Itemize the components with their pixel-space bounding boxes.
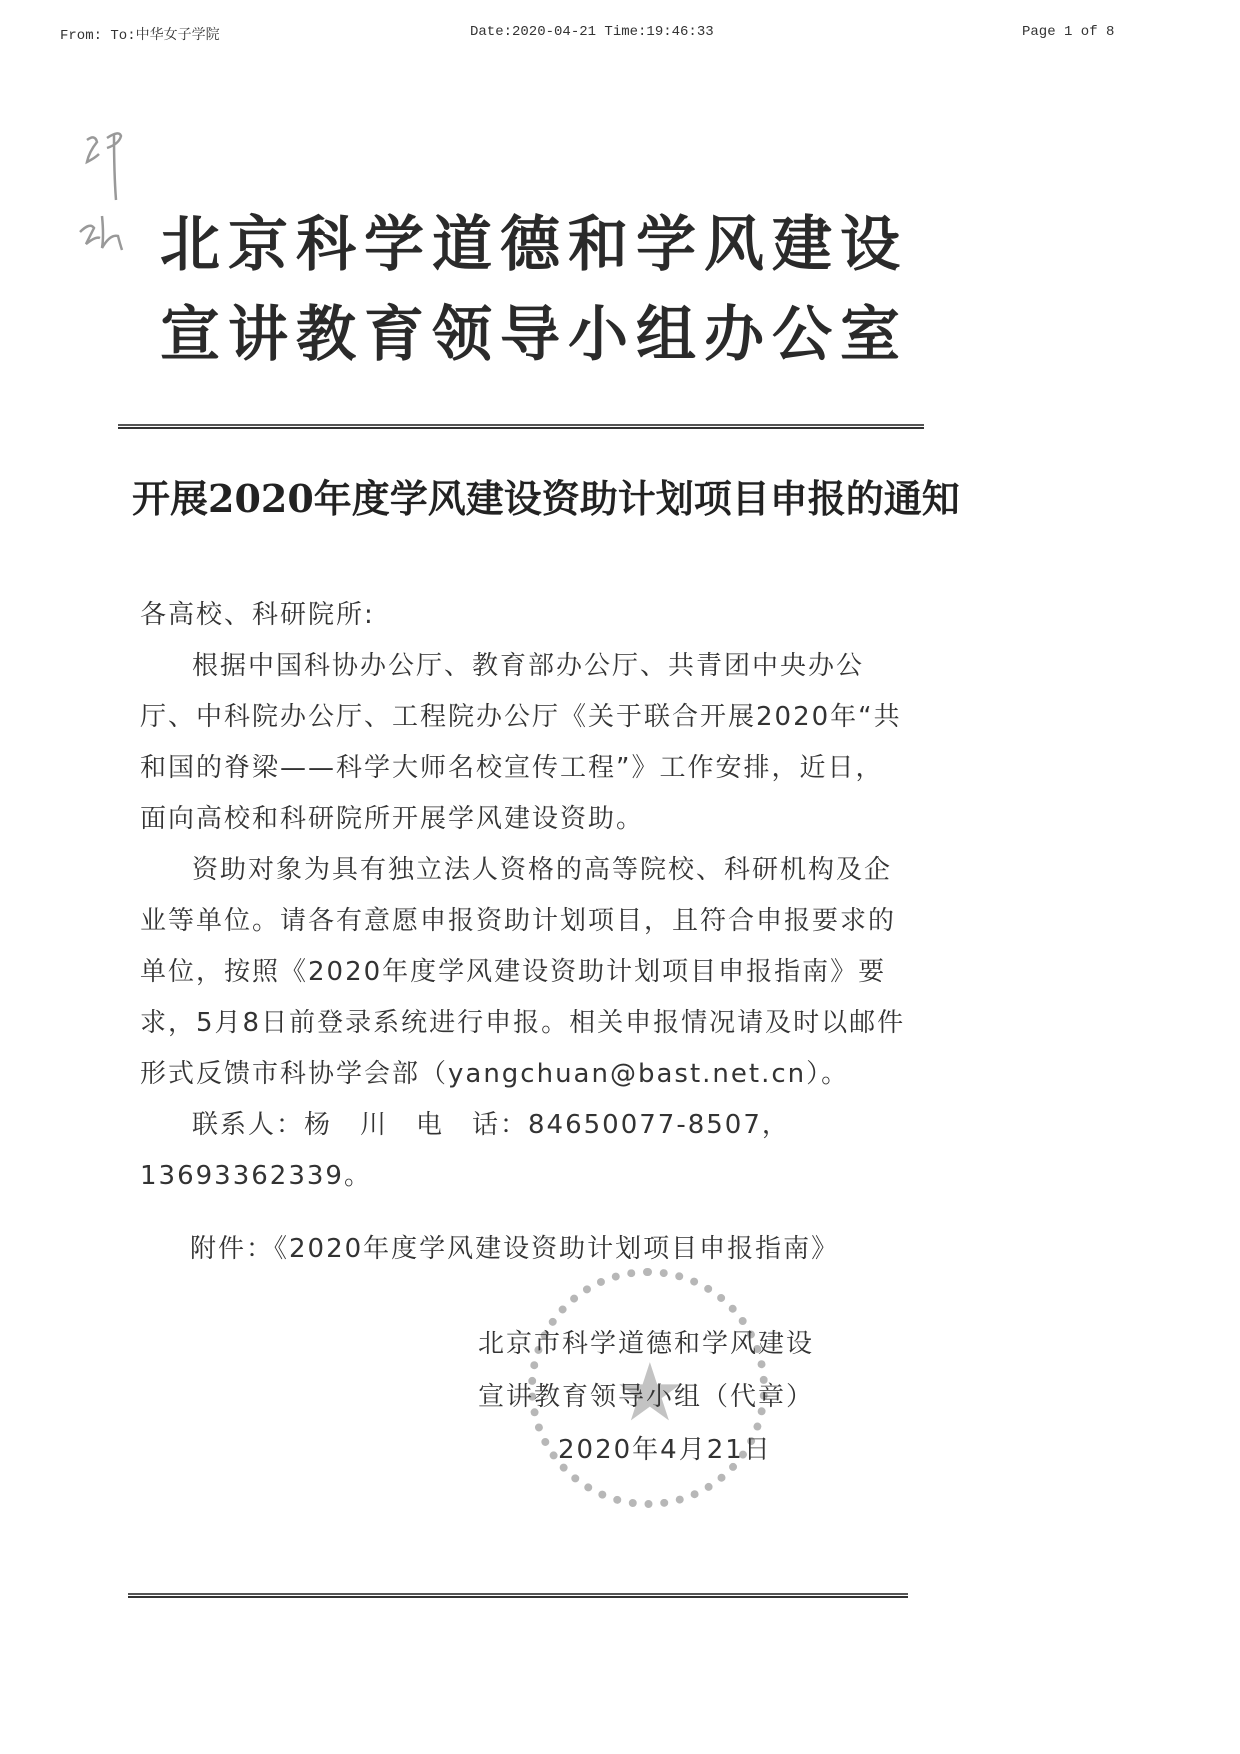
signature-date: 2020年4月21日 xyxy=(478,1424,814,1477)
paragraph-eligibility: 资助对象为具有独立法人资格的高等院校、科研机构及企业等单位。请各有意愿申报资助计… xyxy=(140,845,910,1100)
paragraph-contact: 联系人：杨 川 电 话：84650077-8507，13693362339。 xyxy=(140,1100,910,1202)
fax-datetime: Date:2020-04-21 Time:19:46:33 xyxy=(470,24,714,40)
fax-page-number: Page 1 of 8 xyxy=(1022,24,1114,40)
document-title: 开展2020年度学风建设资助计划项目申报的通知 xyxy=(132,468,1032,523)
fax-header: From: To:中华女子学院 Date:2020-04-21 Time:19:… xyxy=(0,24,1240,48)
letterhead: 北京科学道德和学风建设 宣讲教育领导小组办公室 xyxy=(160,200,920,380)
letterhead-line-2: 宣讲教育领导小组办公室 xyxy=(160,290,920,380)
fax-from: From: To:中华女子学院 xyxy=(60,24,220,44)
handwritten-annotation-icon xyxy=(62,120,142,260)
salutation: 各高校、科研院所: xyxy=(140,590,910,641)
signature-block: 北京市科学道德和学风建设 宣讲教育领导小组（代章） 2020年4月21日 xyxy=(478,1318,814,1477)
letterhead-line-1: 北京科学道德和学风建设 xyxy=(160,200,920,290)
signature-org-line-1: 北京市科学道德和学风建设 xyxy=(478,1318,814,1371)
attachment-line: 附件：《2020年度学风建设资助计划项目申报指南》 xyxy=(190,1228,839,1265)
document-body: 各高校、科研院所: 根据中国科协办公厅、教育部办公厅、共青团中央办公厅、中科院办… xyxy=(140,590,910,1202)
paragraph-background: 根据中国科协办公厅、教育部办公厅、共青团中央办公厅、中科院办公厅、工程院办公厅《… xyxy=(140,641,910,845)
header-divider xyxy=(118,424,924,429)
footer-divider xyxy=(128,1593,908,1598)
signature-org-line-2: 宣讲教育领导小组（代章） xyxy=(478,1371,814,1424)
